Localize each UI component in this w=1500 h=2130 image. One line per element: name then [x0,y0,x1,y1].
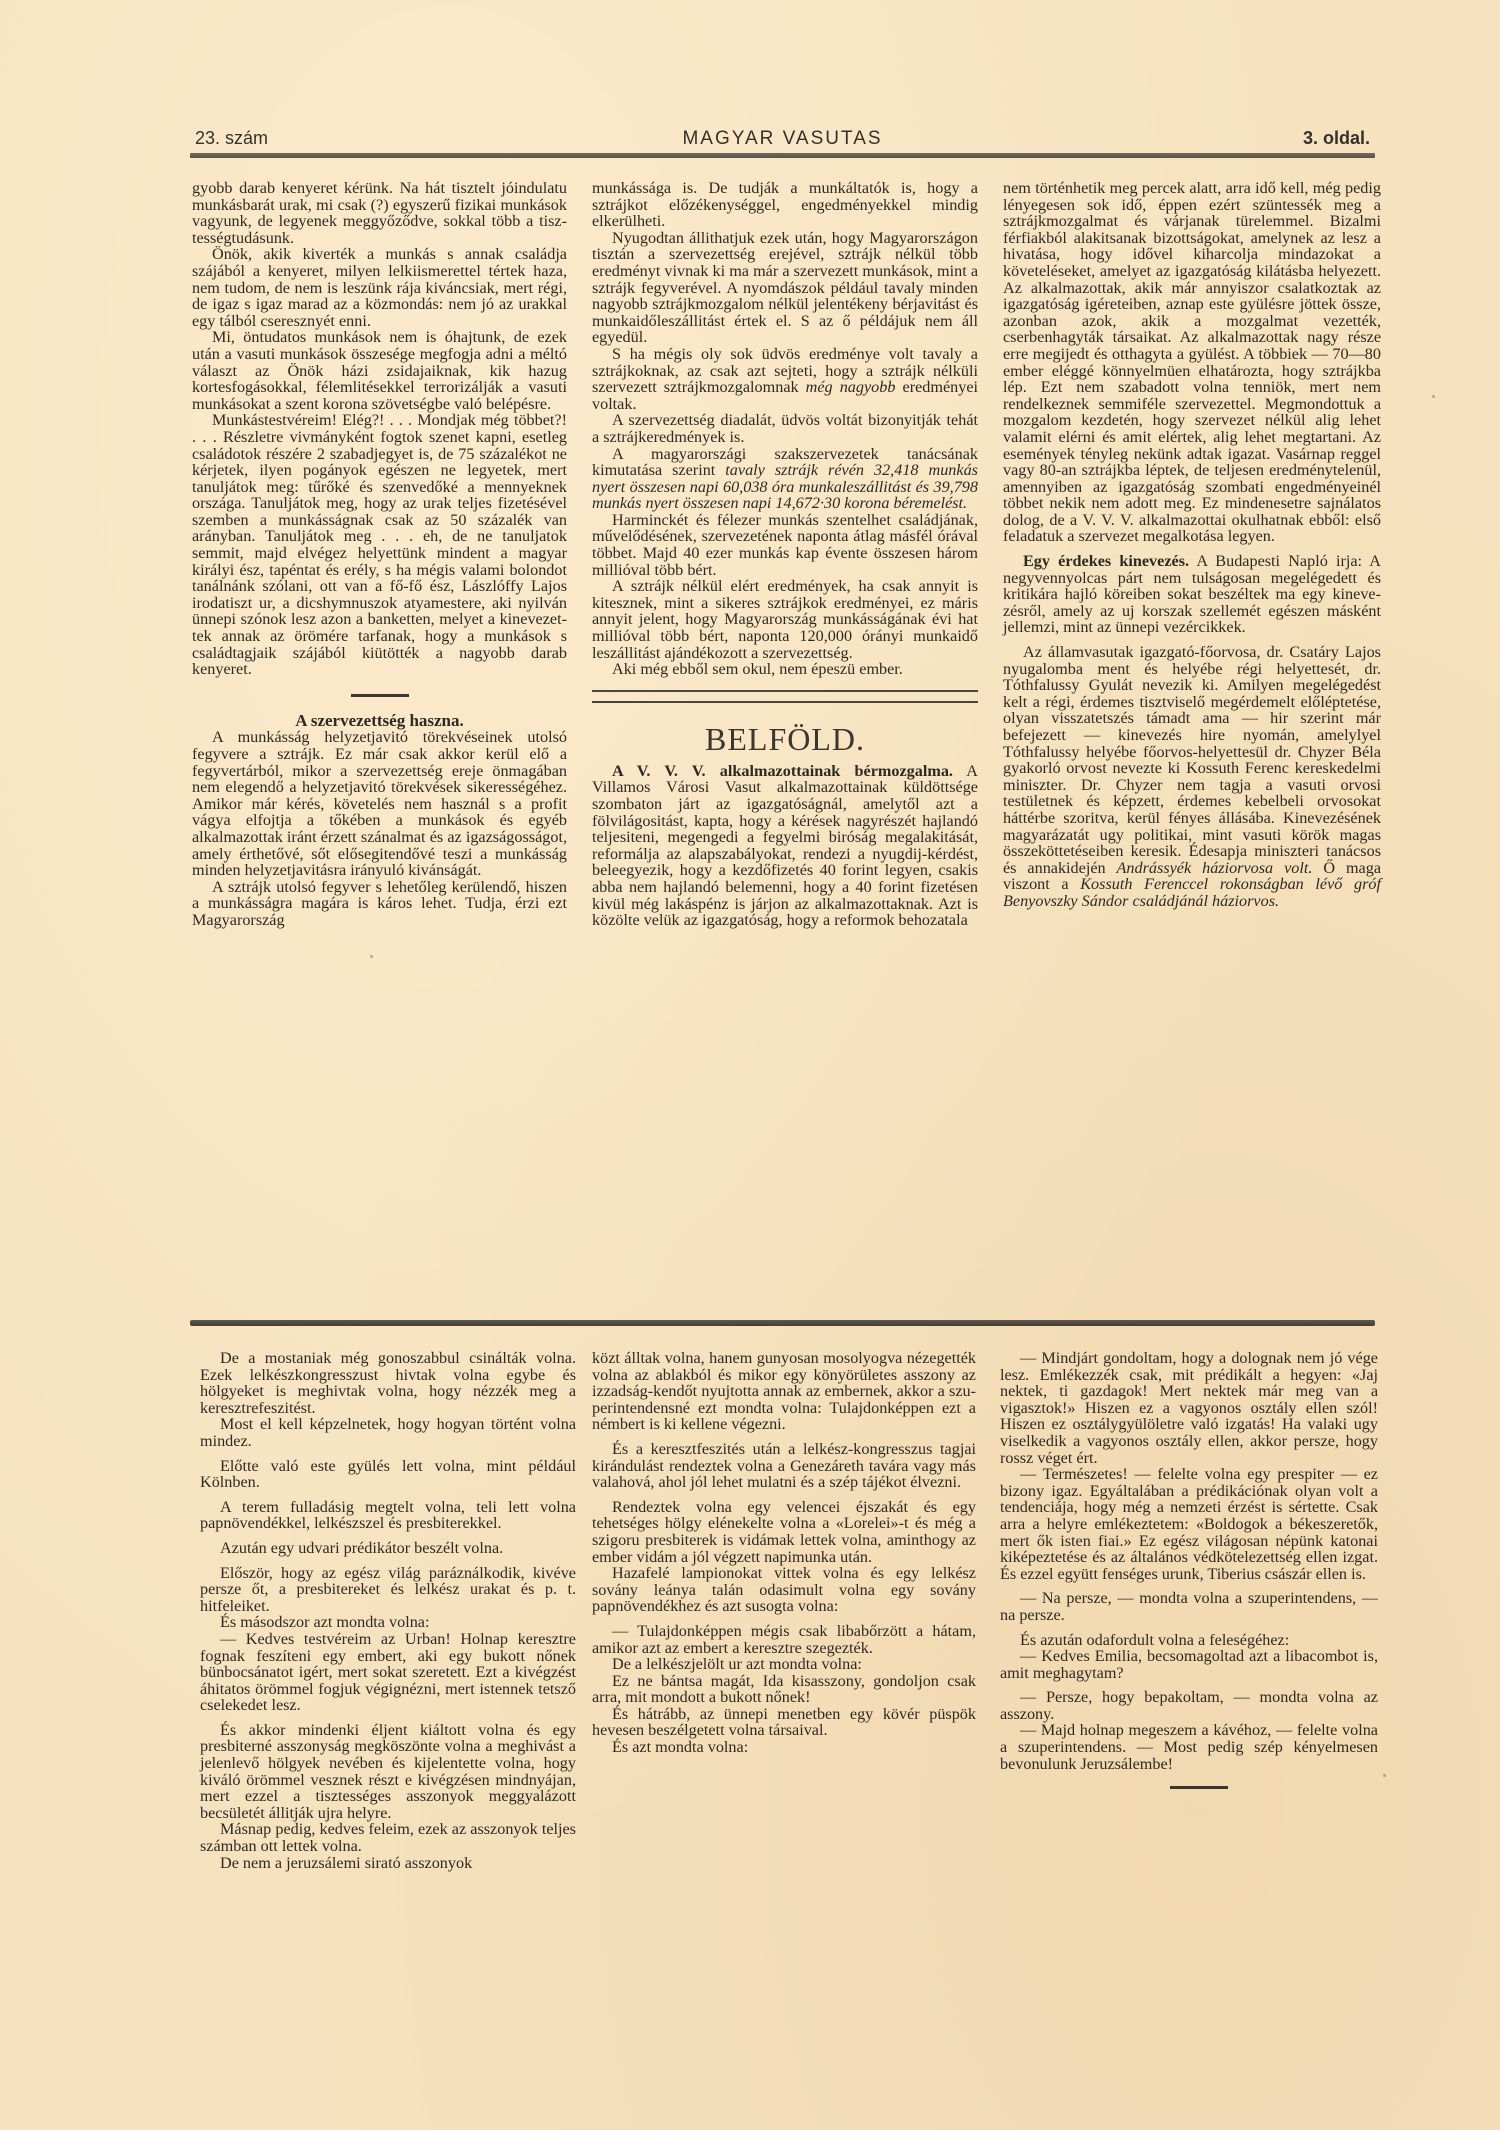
paper-speck [370,955,373,958]
paragraph: De a mostaniak még gonoszabbul csi­náltá… [200,1350,576,1416]
paragraph: Előtte való este gyülés lett volna, mint… [200,1458,576,1491]
paper-speck [1383,1774,1386,1777]
paragraph: És azt mondta volna: [592,1739,976,1756]
masthead-title: MAGYAR VASUTAS [195,128,1370,150]
paragraph: — Persze, hogy bepakoltam, — mondta voln… [1000,1689,1378,1722]
end-divider [1170,1786,1228,1789]
paragraph: De nem a jeruzsálemi sirató asszonyok [200,1855,576,1872]
paragraph: A magyarországi szakszervezetek tanácsá­… [592,446,978,512]
paragraph: S ha mégis oly sok üdvös eredménye volt … [592,346,978,412]
paragraph: A sztrájk nélkül elért eredmények, ha cs… [592,578,978,661]
paragraph: Ez ne bántsa magát, Ida kisasszony, gon­… [592,1673,976,1706]
news-item: Egy érdekes kinevezés. A Budapesti Napló… [1003,553,1381,636]
paragraph: És másodszor azt mondta volna: [200,1614,576,1631]
paragraph: De a lelkészjelölt ur azt mondta volna: [592,1656,976,1673]
news-item-title: A V. V. V. alkalmazottainak bérmoz­galma… [612,762,953,780]
paragraph: Aki még ebből sem okul, nem épeszü ember… [592,661,978,678]
paragraph: Másnap pedig, kedves feleim, ezek az ass… [200,1821,576,1854]
section-divider [351,694,409,697]
emphasis: Andrássyék háziorvosa volt. [1117,859,1313,877]
paragraph: — Mindjárt gondoltam, hogy a dolognak ne… [1000,1350,1378,1466]
paragraph: Az államvasutak igazgató-főorvosa, dr. C… [1003,644,1381,910]
paragraph: — Kedves Emilia, becsomagoltad azt a lib… [1000,1648,1378,1681]
paragraph: Nyugodtan állithatjuk ezek után, hogy Ma… [592,230,978,346]
double-rule-divider [592,690,978,703]
paragraph: Munkástestvéreim! Elég?! . . . Mondjak m… [192,412,567,678]
text: Az államvasutak igazgató-főorvosa, dr. C… [1003,643,1381,877]
paragraph: Rendeztek volna egy velencei éjszakát és… [592,1499,976,1565]
column-1: gyobb darab kenyeret kérünk. Na hát tisz… [192,180,567,929]
news-item-title: Egy érdekes kinevezés. [1023,552,1189,570]
feuilleton-divider [190,1320,1375,1326]
paragraph: Mi, öntudatos munkások nem is óhajtunk, … [192,329,567,412]
paragraph: Harminckét és félezer munkás szentelhet … [592,512,978,578]
newspaper-page: 23. szám MAGYAR VASUTAS 3. oldal. gyobb … [0,0,1500,2130]
paragraph: És akkor mindenki éljent kiáltott volna … [200,1722,576,1822]
column-2: munkássága is. De tudják a munkáltatók i… [592,180,978,929]
paragraph: És azután odafordult volna a feleségéhez… [1000,1632,1378,1649]
emphasis: még nagyobb [806,378,896,396]
feuilleton-column-1: De a mostaniak még gonoszabbul csi­náltá… [200,1350,576,1871]
paragraph: A sztrájk utolsó fegyver s lehetőleg ker… [192,879,567,929]
paragraph: A munkásság helyzetjavitó törekvéseinek … [192,729,567,878]
feuilleton-column-3: — Mindjárt gondoltam, hogy a dolognak ne… [1000,1350,1378,1789]
news-item-body: A Villamos Városi Vasut alkalma­zottaina… [592,762,978,929]
paragraph: — Természetes! — felelte volna egy pres­… [1000,1466,1378,1582]
paragraph: nem történhetik meg percek alatt, arra i… [1003,180,1381,545]
paragraph: gyobb darab kenyeret kérünk. Na hát tisz… [192,180,567,246]
page-number: 3. oldal. [1303,128,1370,149]
news-item: A V. V. V. alkalmazottainak bérmoz­galma… [592,763,978,929]
paragraph: — Kedves testvéreim az Urban! Holnap ker… [200,1631,576,1714]
paragraph: Önök, akik kiverték a munkás s annak csa… [192,246,567,329]
paragraph: Először, hogy az egész világ paráználko­… [200,1565,576,1615]
paragraph: A terem fulladásig megtelt volna, teli l… [200,1499,576,1532]
paragraph: Azután egy udvari prédikátor beszélt vol… [200,1540,576,1557]
section-heading-belfold: BELFÖLD. [592,721,978,757]
paragraph: közt álltak volna, hanem gunyosan moso­l… [592,1350,976,1433]
paragraph: — Tulajdonképpen mégis csak libabőrzött … [592,1623,976,1656]
feuilleton-column-2: közt álltak volna, hanem gunyosan moso­l… [592,1350,976,1756]
paragraph: Most el kell képzelnetek, hogy hogyan tö… [200,1416,576,1449]
paragraph: — Na persze, — mondta volna a szu­perint… [1000,1590,1378,1623]
paragraph: munkássága is. De tudják a munkáltatók i… [592,180,978,230]
paper-speck [1432,395,1435,398]
paragraph: — Majd holnap megeszem a kávéhoz, — fele… [1000,1722,1378,1772]
paragraph: Hazafelé lampionokat vittek volna és egy… [592,1565,976,1615]
paragraph: És hátrább, az ünnepi menetben egy kö­vé… [592,1706,976,1739]
page-header: 23. szám MAGYAR VASUTAS 3. oldal. [195,128,1370,154]
paragraph: A szervezettség diadalát, üdvös voltát b… [592,412,978,445]
header-rule [190,153,1375,158]
paragraph: És a keresztfeszités után a lelkész-kon­… [592,1441,976,1491]
column-3: nem történhetik meg percek alatt, arra i… [1003,180,1381,910]
article-title-szervezettseg: A szervezettség haszna. [192,713,567,730]
